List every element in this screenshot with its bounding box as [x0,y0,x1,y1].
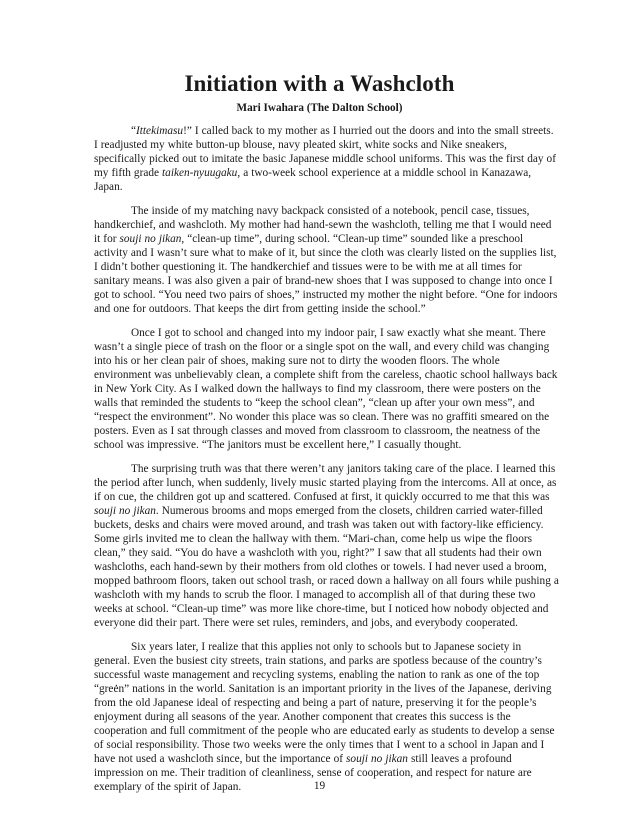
paragraph: The surprising truth was that there were… [94,462,559,631]
page-number: 19 [0,779,639,793]
italic-term: Ittekimasu [136,125,183,137]
text-run: Six years later, I realize that this app… [94,641,555,765]
stray-period-mark: . [115,676,118,690]
italic-term: souji no jikan [120,233,182,245]
text-run: Once I got to school and changed into my… [94,327,557,451]
paragraph: Once I got to school and changed into my… [94,326,559,452]
italic-term: souji no jikan [94,505,156,517]
document-title: Initiation with a Washcloth [0,70,639,98]
italic-term: souji no jikan [346,753,408,765]
document-page: Initiation with a Washcloth Mari Iwahara… [0,0,639,828]
paragraph: “Ittekimasu!” I called back to my mother… [94,124,559,194]
author-byline: Mari Iwahara (The Dalton School) [0,101,639,115]
text-run: . Numerous brooms and mops emerged from … [94,505,559,629]
text-run: The surprising truth was that there were… [94,463,556,503]
text-run: , “clean-up time”, during school. “Clean… [94,233,557,315]
italic-term: taiken-nyuugaku [162,167,237,179]
essay-body: “Ittekimasu!” I called back to my mother… [94,124,559,804]
paragraph: Six years later, I realize that this app… [94,640,559,795]
paragraph: The inside of my matching navy backpack … [94,204,559,316]
